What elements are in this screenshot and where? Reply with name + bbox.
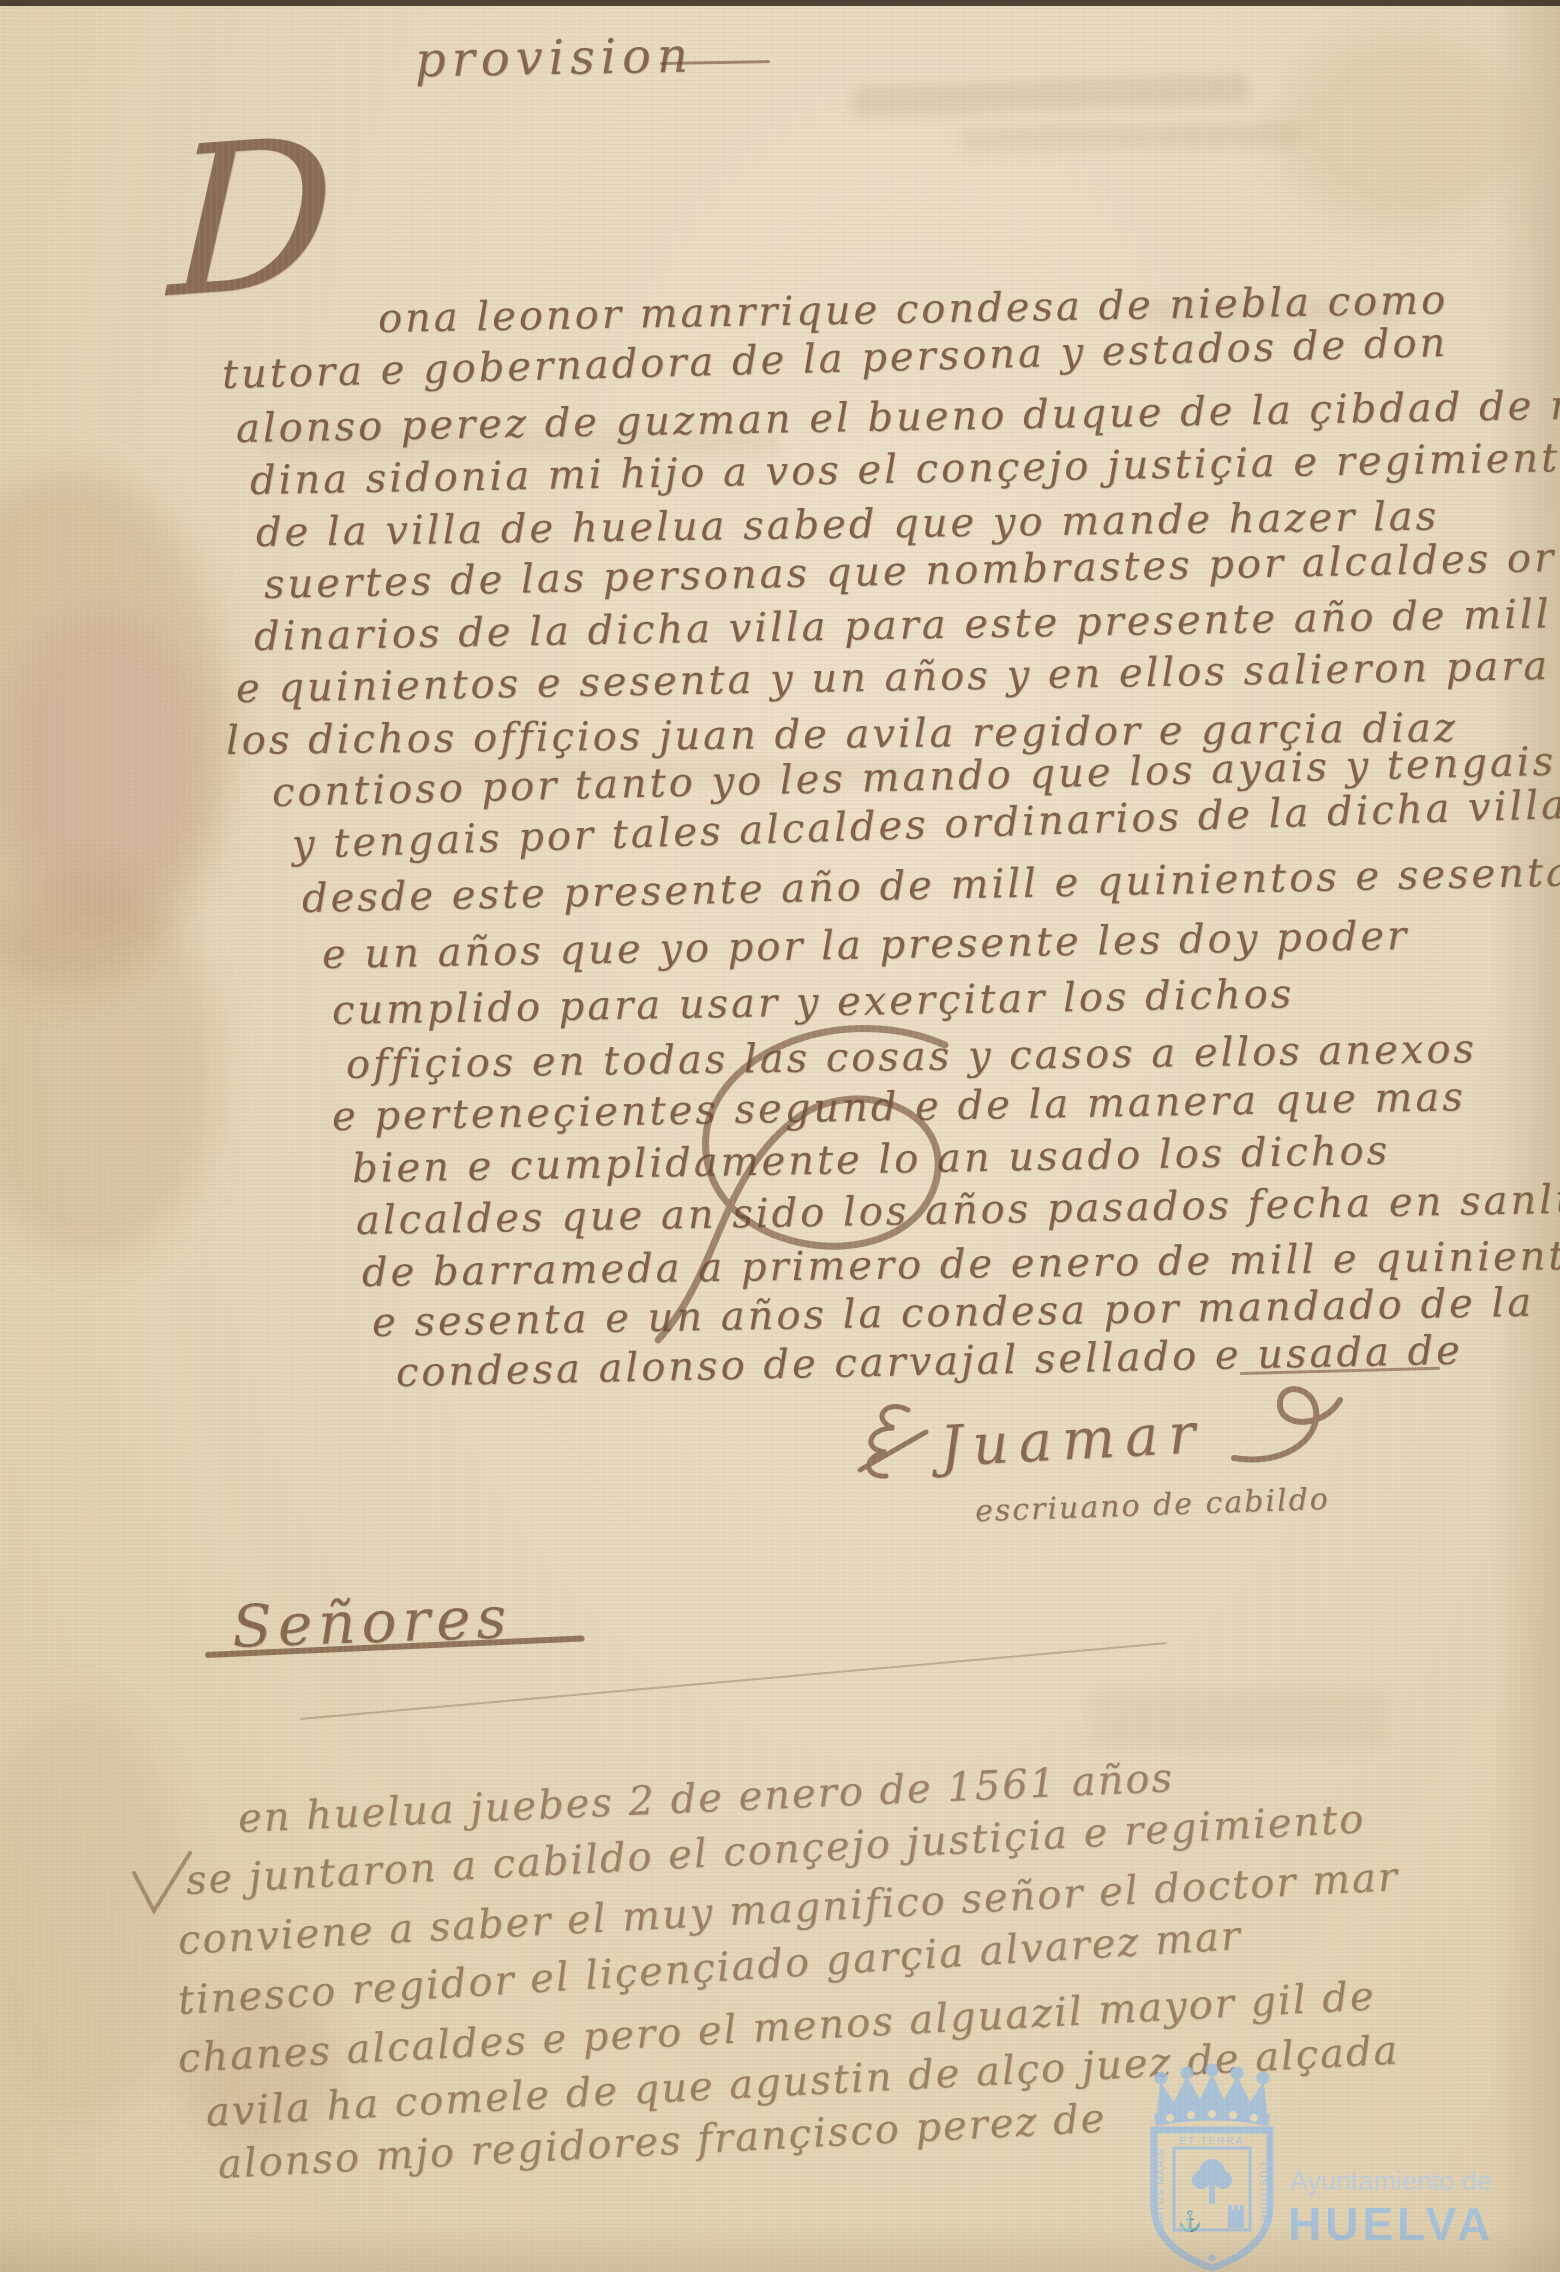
shield-motto-right: CUSTODIA [1257,2162,1268,2222]
page-edge-shadow-bottom [0,2222,1560,2272]
signature-role: escriuano de cabildo [974,1482,1330,1529]
page-edge-shadow-right [1490,0,1560,2272]
stain [0,470,230,990]
body-line: e un años que yo por la presente les doy… [322,913,1410,978]
signature-rubric [848,1392,938,1492]
initial-capital-d: D [166,94,338,345]
document-title: provision [415,28,695,89]
watermark-org-name: Ayuntamiento de [1290,2166,1492,2196]
signature-name: Juamar [938,1401,1206,1480]
calligraphic-flourish [600,1010,1030,1360]
bleed-through-mark [850,73,1251,117]
signature-flourish [1220,1370,1350,1480]
title-flourish-stroke [660,60,770,65]
stain [0,610,210,920]
manuscript-page: provision D ona leonor manrrique condesa… [0,0,1560,2272]
bleed-through-mark [960,122,1300,152]
shield-motto-top: ET TERRA [1179,2136,1244,2147]
bleed-through-mark [1090,1690,1390,1750]
stain [1280,30,1520,230]
crown-icon [1154,2064,1270,2126]
tree-icon [1192,2159,1232,2204]
scan-edge-top [0,0,1560,6]
stain [0,880,220,1260]
